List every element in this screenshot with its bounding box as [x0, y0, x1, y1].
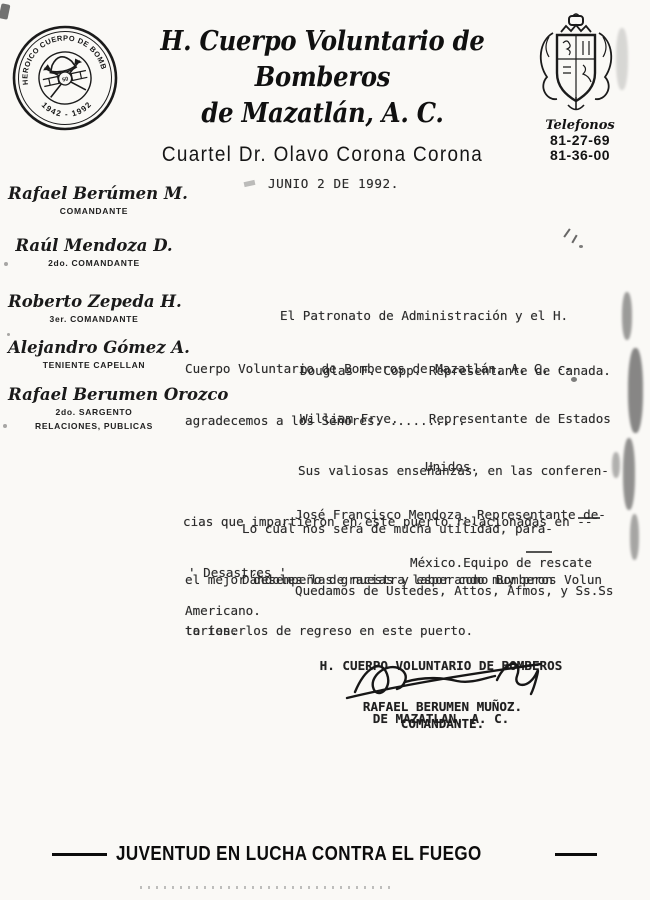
station-name: Cuartel Dr. Olavo Corona Corona [122, 143, 523, 167]
officer-entry: Raúl Mendoza D. 2do. COMANDANTE [8, 236, 180, 269]
closing-line: Quedamos de Ustedes, Attos, Afmos, y Ss.… [295, 583, 613, 598]
officer-entry: Rafael Berumen Orozco 2do. SARGENTO RELA… [8, 385, 180, 432]
scan-artifact [622, 292, 632, 340]
scan-artifact [244, 180, 256, 187]
scan-artifact [0, 3, 10, 20]
officer-entry: Alejandro Gómez A. TENIENTE CAPELLAN [8, 338, 180, 371]
scanned-letter-page: HEROICO CUERPO DE BOMBEROS 1942 - 1992 5… [0, 0, 650, 900]
officer-title: 2do. COMANDANTE [8, 257, 180, 269]
scan-artifact [563, 228, 570, 237]
footer-rule-left [52, 853, 107, 856]
seal-center-label: 50 [62, 76, 69, 83]
city-coat-of-arms-icon [533, 13, 619, 117]
officer-name: Alejandro Gómez A. [8, 338, 180, 357]
footer-motto: JUVENTUD EN LUCHA CONTRA EL FUEGO [116, 843, 482, 866]
body-line: Sus valiosas enseñanzas, en las conferen… [298, 462, 613, 479]
handwritten-signature [345, 648, 555, 702]
scan-artifact [140, 886, 395, 889]
officer-title: COMANDANTE [8, 205, 180, 217]
signer-title: COMANDANTE. [330, 716, 555, 731]
guest-line: William Frye. Representante de Estados [300, 411, 615, 427]
scan-artifact [3, 424, 7, 428]
phones-block: Telefonos 81-27-69 81-36-00 [524, 118, 636, 163]
org-name-line2: de Mazatlán, A. C. [122, 96, 523, 132]
officer-title: TENIENTE CAPELLAN [8, 359, 180, 371]
phones-label: Telefonos [524, 118, 636, 133]
scan-artifact [571, 235, 577, 244]
letterhead: H. Cuerpo Voluntario de Bomberos de Maza… [122, 24, 523, 167]
officer-title: 3er. COMANDANTE [8, 313, 180, 325]
phone-number-1: 81-27-69 [524, 133, 636, 148]
officer-name: Rafael Berúmen M. [8, 184, 180, 203]
guest-line: Douglas F. Copp. Representante de Canada… [300, 363, 615, 379]
letter-date: JUNIO 2 DE 1992. [268, 176, 399, 191]
scan-artifact [7, 333, 10, 336]
footer-banner: JUVENTUD EN LUCHA CONTRA EL FUEGO [52, 843, 597, 866]
body-line: El Patronato de Administración y el H. [280, 307, 605, 325]
officer-title-2: RELACIONES, PUBLICAS [8, 420, 180, 432]
phone-number-2: 81-36-00 [524, 148, 636, 163]
officer-title: 2do. SARGENTO [8, 406, 180, 418]
officer-name: Raúl Mendoza D. [8, 236, 180, 255]
body-line: Lo cuál nos será de mucha utilidad, para… [242, 520, 615, 537]
scan-artifact [623, 438, 635, 510]
officer-entry: Rafael Berúmen M. COMANDANTE [8, 184, 180, 217]
signer-name: RAFAEL BERUMEN MUÑOZ. [330, 699, 555, 714]
org-name-line1: H. Cuerpo Voluntario de Bomberos [122, 24, 523, 96]
officer-name: Roberto Zepeda H. [8, 292, 180, 311]
scan-artifact [630, 514, 639, 560]
officer-name: Rafael Berumen Orozco [8, 385, 180, 404]
fire-corps-anniversary-seal: HEROICO CUERPO DE BOMBEROS 1942 - 1992 5… [10, 22, 120, 134]
footer-rule-right [555, 853, 597, 856]
scan-artifact [628, 348, 643, 433]
scan-artifact [579, 245, 583, 248]
officer-entry: Roberto Zepeda H. 3er. COMANDANTE [8, 292, 180, 325]
